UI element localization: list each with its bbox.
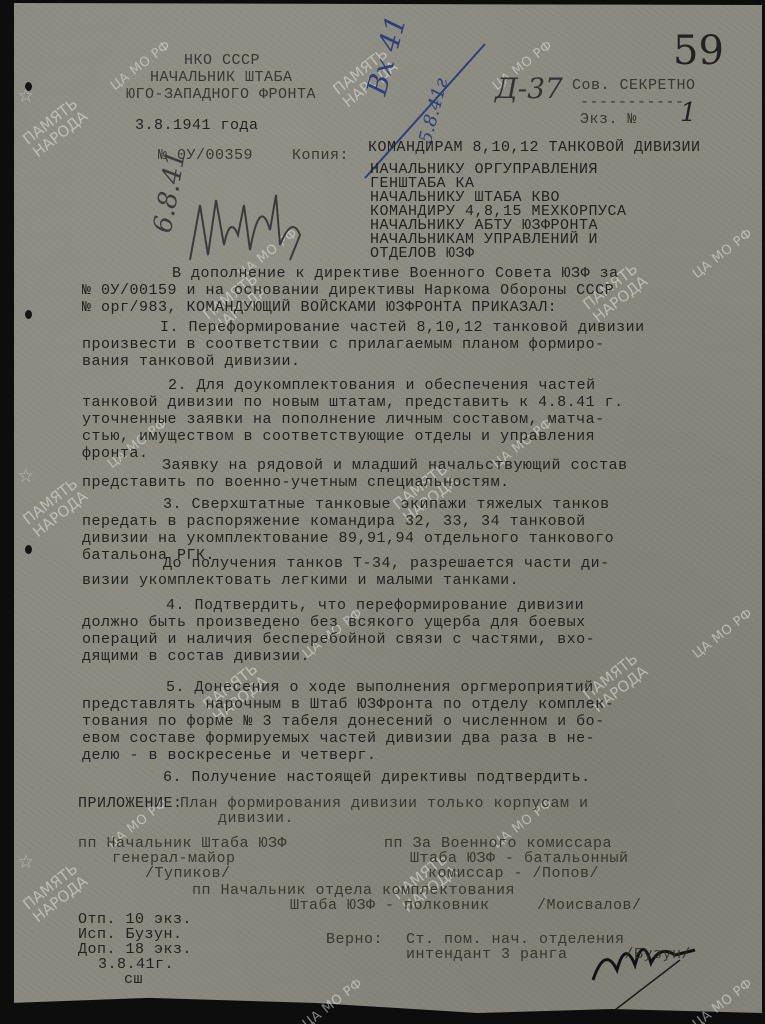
- signatory-rank: генерал-майор: [112, 851, 236, 866]
- paragraph-line-p5: 5. Донесения о ходе выполнения оргмеропр…: [166, 680, 594, 695]
- paragraph-line-p4: операций и наличия бесперебойной связи с…: [82, 632, 595, 647]
- org-line: НКО СССР: [184, 53, 260, 68]
- org-line: НАЧАЛЬНИК ШТАБА: [150, 70, 293, 85]
- attachment-label: ПРИЛОЖЕНИЕ:: [78, 796, 183, 811]
- pencil-reference: Д-37: [495, 72, 563, 105]
- certified-by-rank-name: интендант 3 ранга /Бузун/: [406, 947, 691, 962]
- paragraph-line-intro: № 0У/00159 и на основании директивы Нарк…: [82, 283, 614, 298]
- signatory-staffing-dept: пп Начальник отдела комплектования: [192, 883, 515, 898]
- copy-number-value: 1: [680, 98, 697, 128]
- classification: Сов. СЕКРЕТНО: [572, 78, 696, 93]
- paragraph-line-p3: 3. Сверхштатные танковые экипажи тяжелых…: [163, 497, 610, 512]
- classification-rule: -----------: [580, 95, 685, 110]
- copy-label: Копия:: [292, 148, 349, 163]
- paragraph-line-p5: делю - в воскресенье и четверг.: [82, 748, 377, 763]
- paragraph-line-p1: I. Переформирование частей 8,10,12 танко…: [160, 320, 645, 335]
- signature-scribble: [180, 175, 320, 270]
- paragraph-line-p5: тования по форме № 3 табеля донесений о …: [82, 714, 605, 729]
- paragraph-line-p2: фронта.: [82, 446, 149, 461]
- punch-hole: [25, 310, 32, 319]
- distribution-line: Исп. Бузун.: [78, 927, 183, 942]
- archive-page-number: 59: [673, 28, 724, 74]
- distribution-line: Доп. 18 экз.: [78, 942, 192, 957]
- paragraph-line-intro: В дополнение к директиве Военного Совета…: [172, 266, 619, 281]
- star-watermark-icon: ☆: [18, 462, 34, 488]
- signatory-commissar-name: комиссар - /Попов/: [428, 866, 599, 881]
- paragraph-line-p2: уточненные заявки на пополнение личным с…: [82, 412, 605, 427]
- paragraph-line-p2: 2. Для доукомплектования и обеспечения ч…: [168, 378, 596, 393]
- signatory-commissar: пп За Военного комиссара: [384, 836, 612, 851]
- distribution-line: 3.8.41г.: [98, 957, 174, 972]
- star-watermark-icon: ☆: [18, 82, 34, 108]
- paragraph-line-p4: дящими в состав дивизии.: [82, 649, 310, 664]
- paragraph-line-p3b: До получения танков Т-34, разрешается ча…: [163, 556, 610, 571]
- paragraph-line-p2b: Заявку на рядовой и младший начальствующ…: [162, 458, 628, 473]
- attachment-text: План формирования дивизии только корпуса…: [180, 796, 589, 811]
- signatory-commissar-rank: Штаба ЮЗФ - батальонный: [410, 851, 629, 866]
- distribution-line: Отп. 10 экз.: [78, 912, 192, 927]
- paragraph-line-p3: дивизии на укомплектование 89,91,94 отде…: [82, 531, 614, 546]
- paragraph-line-p5: евом составе формируемых частей дивизии …: [82, 731, 595, 746]
- signatory-chief-of-staff: пп Начальник Штаба ЮЗФ: [78, 836, 287, 851]
- paragraph-line-p5: представлять нарочным в Штаб ЮЗФронта по…: [82, 697, 614, 712]
- paragraph-line-p4: 4. Подтвердить, что переформирование див…: [166, 598, 584, 613]
- addressee-line: ОТДЕЛОВ ЮЗФ: [370, 246, 475, 261]
- signatory-staffing-rank-name: Штаба ЮЗФ - полковник /Моисвалов/: [290, 898, 642, 913]
- signatory-name: /Тупиков/: [145, 866, 231, 881]
- blue-slash-mark: [360, 40, 490, 180]
- addressee-line: КОМАНДИРАМ 8,10,12 ТАНКОВОЙ ДИВИЗИИ: [368, 140, 701, 155]
- star-watermark-icon: ☆: [18, 848, 34, 874]
- paragraph-line-p3: передать в распоряжение командира 32, 33…: [82, 514, 586, 529]
- copy-number-label: Экз. №: [580, 112, 637, 127]
- certified-by-position: Ст. пом. нач. отделения: [406, 932, 625, 947]
- paragraph-line-p2: стью, имуществом в соответствующие отдел…: [82, 429, 595, 444]
- certified-label: Верно:: [326, 932, 383, 947]
- punch-hole: [25, 545, 32, 554]
- document-date: 3.8.1941 года: [135, 118, 259, 133]
- paragraph-line-p1: произвести в соответствии с прилагаемым …: [82, 337, 605, 352]
- paragraph-line-p6: 6. Получение настоящей директивы подтвер…: [163, 770, 591, 785]
- paragraph-line-intro: № орг/983, КОМАНДУЮЩИЙ ВОЙСКАМИ ЮЗФРОНТА…: [82, 300, 557, 315]
- attachment-text: дивизии.: [218, 811, 294, 826]
- paragraph-line-p1: вания танковой дивизии.: [82, 354, 301, 369]
- paragraph-line-p4: должно быть произведено без всякого ущер…: [82, 615, 586, 630]
- paragraph-line-p2: танковой дивизии по новым штатам, предст…: [82, 395, 624, 410]
- distribution-line: сш: [124, 972, 143, 987]
- paragraph-line-p2b: представить по военно-учетным специально…: [82, 475, 510, 490]
- org-line: ЮГО-ЗАПАДНОГО ФРОНТА: [126, 87, 316, 102]
- paragraph-line-p3b: визии укомплектовать легкими и малыми та…: [82, 573, 519, 588]
